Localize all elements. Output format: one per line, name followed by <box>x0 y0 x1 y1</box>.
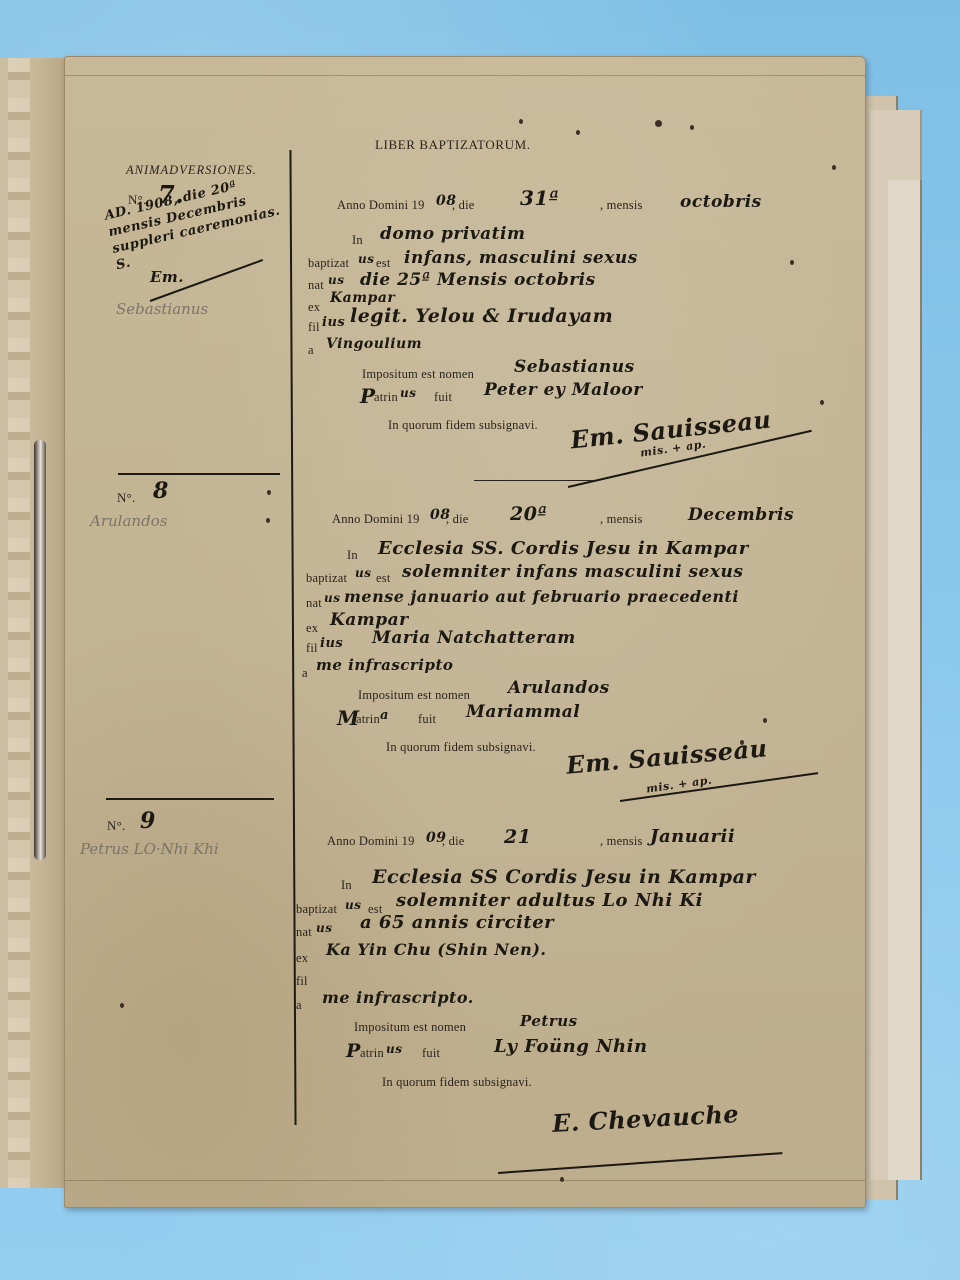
sponsor-role-label: atrin <box>356 712 380 727</box>
impositum-label: Impositum est nomen <box>362 367 474 382</box>
name-given-value: Petrus <box>520 1012 578 1030</box>
entry-separator <box>106 798 274 800</box>
entry-number-label: N°. <box>117 490 135 506</box>
entry-number: 8 <box>153 478 169 504</box>
baptized-by-value: me infrascripto <box>316 656 453 674</box>
wormhole <box>655 120 662 127</box>
mensis-label: , mensis <box>600 512 643 527</box>
baptism-detail: infans, masculini sexus <box>404 248 638 268</box>
filius-suffix: ius <box>322 315 345 330</box>
baptism-detail: solemniter adultus Lo Nhi Ki <box>396 890 703 911</box>
anno-label: Anno Domini 19 <box>327 834 415 849</box>
natus-suffix: us <box>324 591 340 605</box>
subsignavi-label: In quorum fidem subsignavi. <box>388 418 538 433</box>
a-label: a <box>296 998 302 1013</box>
sponsor-value: Ly Foüng Nhin <box>494 1036 648 1057</box>
sponsor-suffix: us <box>400 386 416 400</box>
entry-number: 9 <box>140 808 156 834</box>
previous-page-edge <box>0 58 66 1188</box>
page-stack-edge <box>888 180 922 1180</box>
day-value: 31ª <box>520 186 559 210</box>
sponsor-value: Mariammal <box>466 702 580 722</box>
ex-label: ex <box>306 621 318 636</box>
baptizatus-suffix: us <box>345 898 361 912</box>
natus-suffix: us <box>316 921 332 935</box>
parents-value: Maria Natchatteram <box>372 628 576 648</box>
a-label: a <box>302 666 308 681</box>
margin-pencil-name: Sebastianus <box>116 300 208 318</box>
binding-spine <box>34 440 46 860</box>
est-label: est <box>376 256 391 271</box>
wormhole <box>519 119 523 124</box>
margin-pencil-name: Petrus LO·Nhi Khi <box>80 840 219 858</box>
sponsor-suffix: a <box>380 708 389 723</box>
baptizat-label: baptizat <box>306 571 347 586</box>
die-label: , die <box>452 198 475 213</box>
in-label: In <box>341 878 352 893</box>
register-title: LIBER BAPTIZATORUM. <box>375 137 531 153</box>
month-value: Januarii <box>650 826 735 847</box>
baptizatus-suffix: us <box>355 566 371 580</box>
wormhole <box>560 1177 564 1182</box>
wormhole <box>790 260 794 265</box>
birth-detail: die 25ª Mensis octobris <box>360 270 596 290</box>
fil-label: fil <box>296 974 308 989</box>
sponsor-role-label: atrin <box>374 390 398 405</box>
baptized-by-value: Vingoulium <box>326 336 422 352</box>
fuit-label: fuit <box>434 390 452 405</box>
fuit-label: fuit <box>422 1046 440 1061</box>
die-label: , die <box>442 834 465 849</box>
name-given-value: Sebastianus <box>514 357 635 377</box>
baptizat-label: baptizat <box>308 256 349 271</box>
entry-separator <box>118 473 280 475</box>
month-value: octobris <box>680 192 762 212</box>
day-value: 21 <box>504 826 531 848</box>
place-value: Ecclesia SS. Cordis Jesu in Kampar <box>378 538 749 559</box>
baptism-detail: solemniter infans masculini sexus <box>402 562 743 582</box>
page-fold-line <box>65 75 865 76</box>
die-label: , die <box>446 512 469 527</box>
sponsor-value: Peter ey Maloor <box>484 380 643 400</box>
parents-value: legit. Yelou & Irudayam <box>350 305 613 327</box>
subsignavi-label: In quorum fidem subsignavi. <box>386 740 536 755</box>
natus-suffix: us <box>328 273 344 287</box>
fil-label: fil <box>306 641 318 656</box>
ex-label: ex <box>296 951 308 966</box>
place-value: domo privatim <box>380 224 525 244</box>
margin-note-initials: Em. <box>150 268 184 286</box>
mensis-label: , mensis <box>600 198 643 213</box>
baptizatus-suffix: us <box>358 252 374 266</box>
margin-column-header: ANIMADVERSIONES. <box>126 163 257 178</box>
wormhole <box>690 125 694 130</box>
day-value: 20ª <box>510 503 547 525</box>
baptized-by-value: me infrascripto. <box>322 988 474 1007</box>
name-given-value: Arulandos <box>508 678 610 698</box>
place-value: Ecclesia SS Cordis Jesu in Kampar <box>372 866 756 888</box>
a-label: a <box>308 343 314 358</box>
fil-label: fil <box>308 320 320 335</box>
ex-label: ex <box>308 300 320 315</box>
wormhole <box>820 400 824 405</box>
wormhole <box>763 718 767 723</box>
entry-number-label: N°. <box>107 818 125 834</box>
anno-label: Anno Domini 19 <box>337 198 425 213</box>
frayed-edge <box>8 58 30 1188</box>
margin-pencil-name: Arulandos <box>90 512 167 530</box>
page-fold-line <box>65 1180 865 1181</box>
mensis-label: , mensis <box>600 834 643 849</box>
month-value: Decembris <box>688 505 794 525</box>
birth-detail: a 65 annis circiter <box>360 912 554 933</box>
nat-label: nat <box>306 596 322 611</box>
birth-detail: mense januario aut februario praecedenti <box>344 587 739 606</box>
wormhole <box>576 130 580 135</box>
impositum-label: Impositum est nomen <box>358 688 470 703</box>
sponsor-suffix: us <box>386 1042 402 1056</box>
sponsor-prefix: P <box>346 1040 361 1062</box>
wormhole <box>266 518 270 523</box>
entry-end-rule <box>474 480 594 481</box>
wormhole <box>832 165 836 170</box>
origin-value: Ka Yin Chu (Shin Nen). <box>326 940 546 959</box>
origin-value: Kampar <box>330 610 409 630</box>
filius-suffix: ius <box>320 636 343 651</box>
sponsor-role-label: atrin <box>360 1046 384 1061</box>
nat-label: nat <box>296 925 312 940</box>
fuit-label: fuit <box>418 712 436 727</box>
baptizat-label: baptizat <box>296 902 337 917</box>
wormhole <box>267 490 271 495</box>
origin-value: Kampar <box>330 290 395 306</box>
subsignavi-label: In quorum fidem subsignavi. <box>382 1075 532 1090</box>
nat-label: nat <box>308 278 324 293</box>
in-label: In <box>347 548 358 563</box>
impositum-label: Impositum est nomen <box>354 1020 466 1035</box>
anno-label: Anno Domini 19 <box>332 512 420 527</box>
est-label: est <box>376 571 391 586</box>
wormhole <box>120 1003 124 1008</box>
in-label: In <box>352 233 363 248</box>
